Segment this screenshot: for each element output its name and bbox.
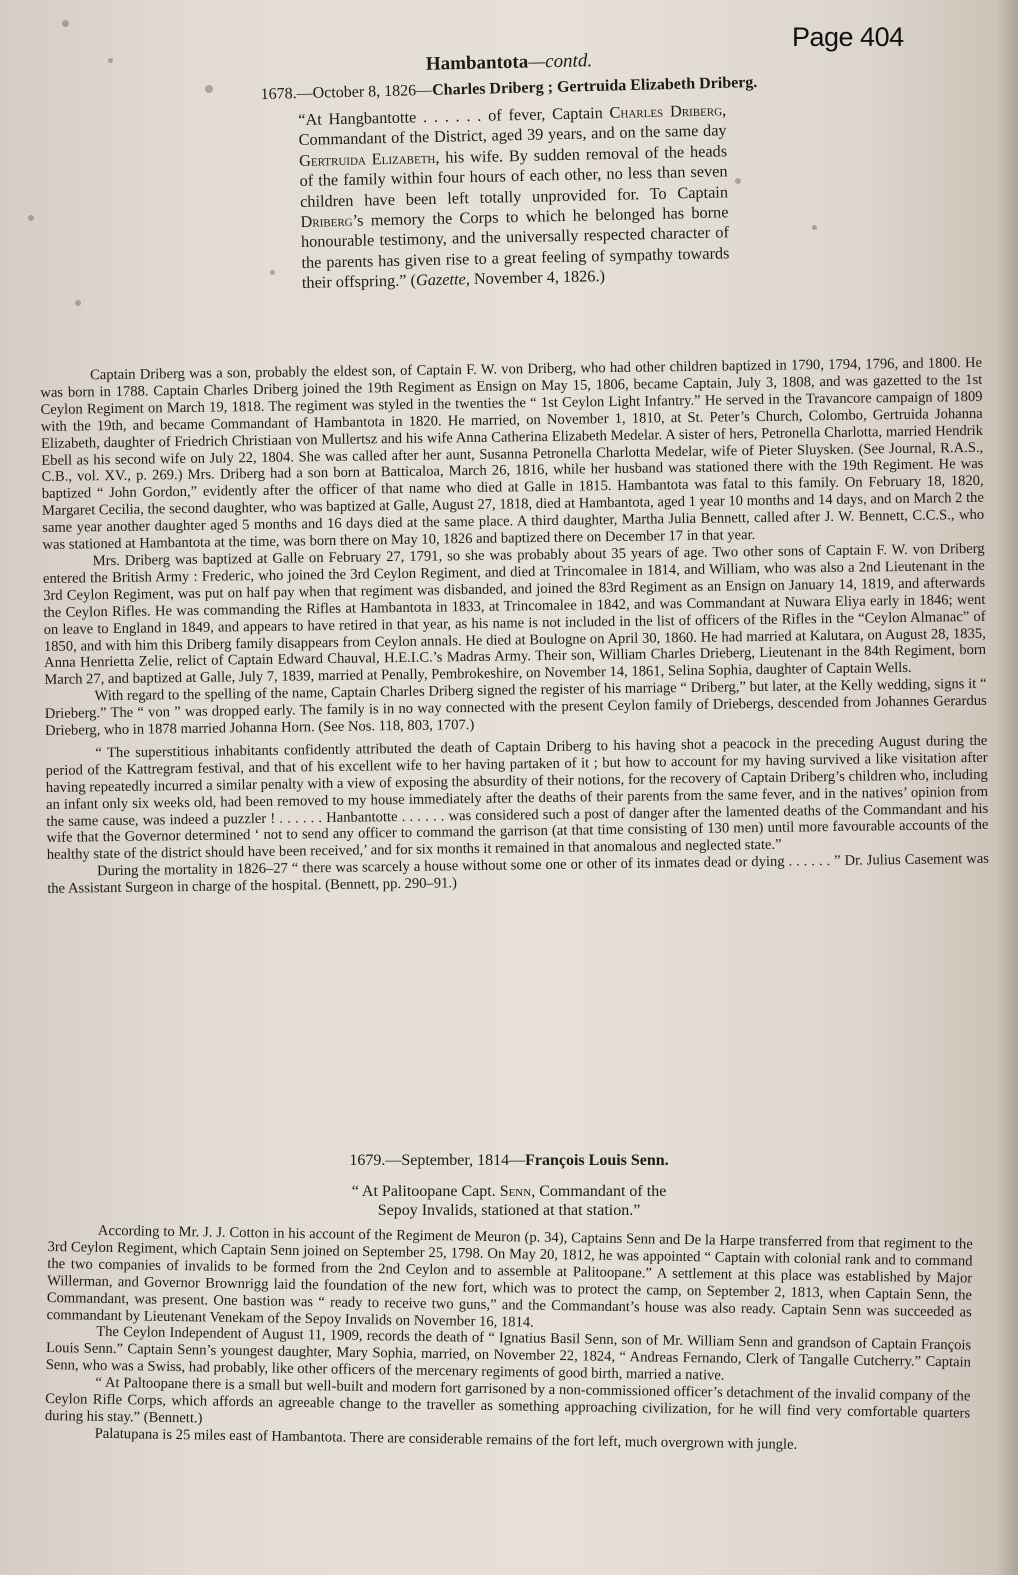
running-head-title: Hambantota bbox=[426, 52, 529, 75]
paragraph: “ The superstitious inhabitants confiden… bbox=[45, 733, 989, 864]
scanned-book-page: Page 404 Hambantota—contd. 1678.—October… bbox=[0, 0, 1018, 1575]
entry-names: Charles Driberg ; Gertruida Elizabeth Dr… bbox=[432, 74, 758, 99]
paragraph: Captain Driberg was a son, probably the … bbox=[40, 355, 985, 554]
foxing-spot bbox=[812, 225, 817, 230]
epitaph-text: , November 4, 1826.) bbox=[465, 266, 605, 288]
entry-1678-epitaph: “At Hangbantotte . . . . . . of fever, C… bbox=[298, 100, 730, 293]
entry-names: François Louis Senn. bbox=[525, 1152, 669, 1169]
foxing-spot bbox=[62, 20, 69, 27]
epitaph-source: Gazette bbox=[416, 269, 466, 289]
entry-number: 1679.—September, 1814— bbox=[349, 1152, 525, 1169]
epitaph-smallcaps: Charles Driberg bbox=[609, 100, 722, 122]
running-head-suffix: —contd. bbox=[528, 50, 592, 72]
epitaph-smallcaps: Senn bbox=[500, 1183, 532, 1200]
paragraph: According to Mr. J. J. Cotton in his acc… bbox=[46, 1222, 972, 1338]
epitaph-smallcaps: Driberg bbox=[300, 211, 353, 231]
entry-1679-heading: 1679.—September, 1814—François Louis Sen… bbox=[0, 1152, 1018, 1170]
paragraph: Mrs. Driberg was baptized at Galle on Fe… bbox=[43, 541, 987, 689]
foxing-spot bbox=[28, 215, 34, 221]
foxing-spot bbox=[735, 178, 741, 184]
epitaph-text: “ At Palitoopane Capt. bbox=[352, 1183, 500, 1200]
foxing-spot bbox=[270, 270, 275, 275]
epitaph-text: Sepoy Invalids, stationed at that statio… bbox=[0, 1201, 1018, 1220]
epitaph-smallcaps: Gertruida Elizabeth bbox=[299, 148, 436, 170]
entry-1678-body: Captain Driberg was a son, probably the … bbox=[40, 355, 989, 898]
entry-1679-body: According to Mr. J. J. Cotton in his acc… bbox=[45, 1222, 973, 1456]
entry-number: 1678.—October 8, 1826— bbox=[260, 82, 432, 103]
foxing-spot bbox=[75, 300, 81, 306]
epitaph-text: , Commandant of the bbox=[531, 1183, 666, 1200]
entry-1679-epitaph: “ At Palitoopane Capt. Senn, Commandant … bbox=[0, 1182, 1018, 1220]
